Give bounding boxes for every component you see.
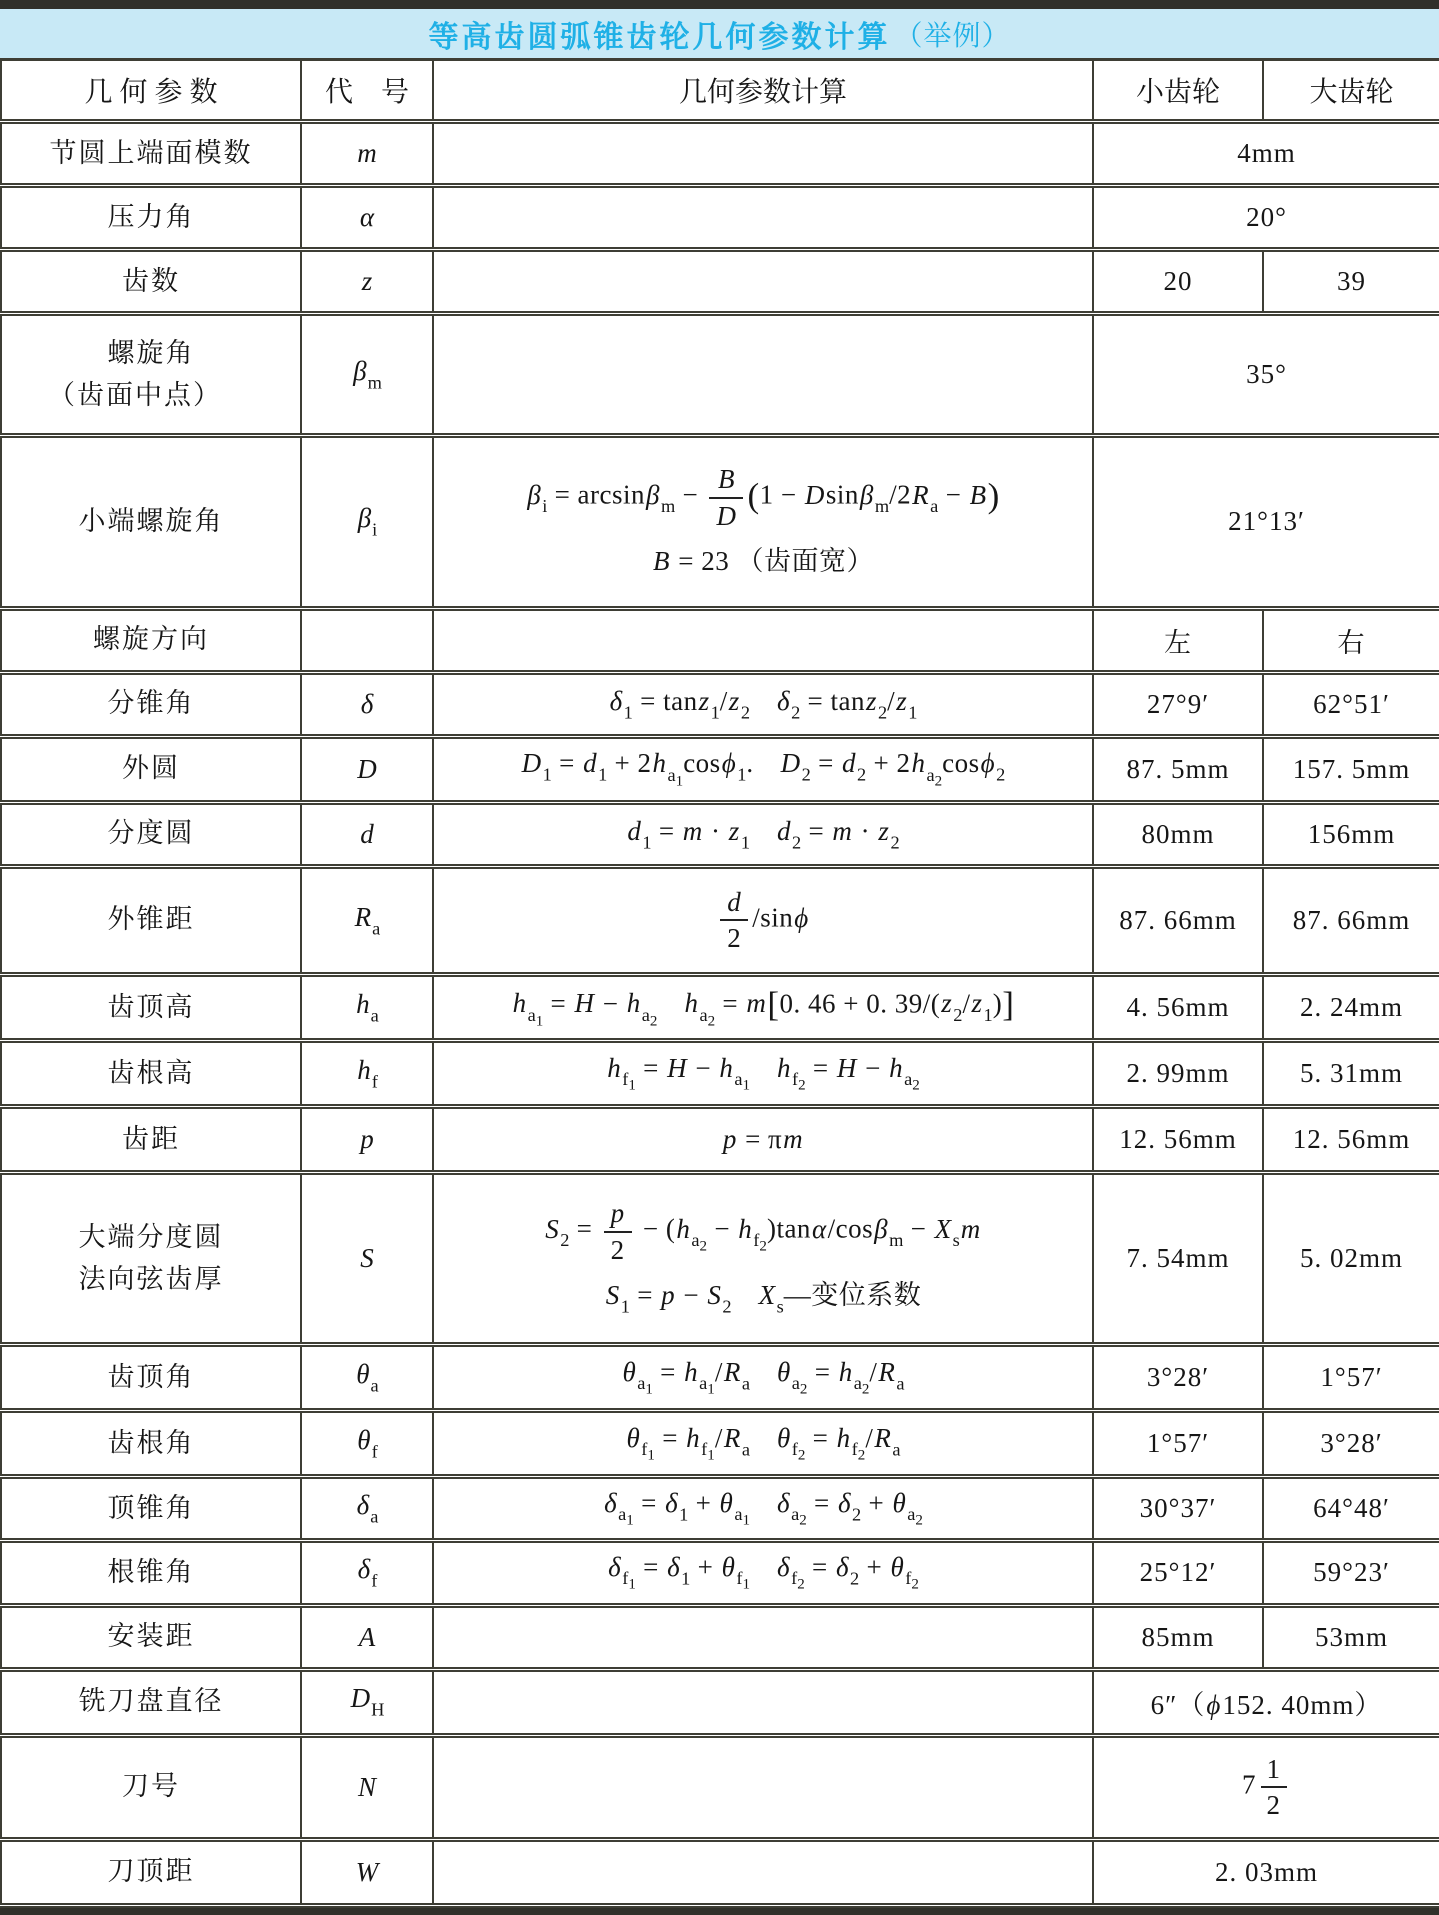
value-large-cell: 87. 66mm	[1263, 866, 1439, 974]
symbol-cell: θf	[301, 1411, 433, 1477]
param-cell: 刀顶距	[1, 1839, 301, 1905]
table-row: 齿根高 hf hf1 = H − ha1hf2 = H − ha2 2. 99m…	[1, 1040, 1439, 1106]
param-cell: 刀号	[1, 1735, 301, 1839]
value-large-cell: 12. 56mm	[1263, 1107, 1439, 1173]
formula-cell: δ1 = tanz1/z2δ2 = tanz2/z1	[433, 672, 1093, 736]
formula-line-2: B = 23 （齿面宽）	[438, 537, 1088, 585]
table-row: 小端螺旋角 βi βi = arcsinβm − BD(1 − Dsinβm/2…	[1, 436, 1439, 608]
value-large-cell: 156mm	[1263, 802, 1439, 866]
symbol-cell: α	[301, 186, 433, 250]
formula-cell: θa1 = ha1/Raθa2 = ha2/Ra	[433, 1345, 1093, 1411]
formula-cell	[433, 250, 1093, 314]
symbol-cell: D	[301, 736, 433, 802]
symbol-cell: hf	[301, 1040, 433, 1106]
header-formula: 几何参数计算	[433, 60, 1093, 122]
value-large-cell: 157. 5mm	[1263, 736, 1439, 802]
value-small-cell: 3°28′	[1093, 1345, 1263, 1411]
param-cell: 大端分度圆法向弦齿厚	[1, 1173, 301, 1345]
value-cell: 712	[1093, 1735, 1439, 1839]
table-row: 压力角 α 20°	[1, 186, 1439, 250]
value-cell: 21°13′	[1093, 436, 1439, 608]
table-row: 齿顶角 θa θa1 = ha1/Raθa2 = ha2/Ra 3°28′ 1°…	[1, 1345, 1439, 1411]
table-row: 螺旋角（齿面中点） βm 35°	[1, 314, 1439, 436]
param-cell: 顶锥角	[1, 1477, 301, 1541]
symbol-cell: N	[301, 1735, 433, 1839]
value-cell: 20°	[1093, 186, 1439, 250]
symbol-cell: βm	[301, 314, 433, 436]
param-cell: 齿顶高	[1, 974, 301, 1040]
value-large-cell: 53mm	[1263, 1605, 1439, 1669]
value-large-cell: 2. 24mm	[1263, 974, 1439, 1040]
param-cell: 压力角	[1, 186, 301, 250]
param-cell: 齿根角	[1, 1411, 301, 1477]
formula-cell: p = πm	[433, 1107, 1093, 1173]
value-large-cell: 1°57′	[1263, 1345, 1439, 1411]
symbol-cell: δa	[301, 1477, 433, 1541]
table-row: 刀号 N 712	[1, 1735, 1439, 1839]
value-small-cell: 25°12′	[1093, 1541, 1263, 1605]
table-row: 齿距 p p = πm 12. 56mm 12. 56mm	[1, 1107, 1439, 1173]
param-cell: 根锥角	[1, 1541, 301, 1605]
value-large-cell: 5. 02mm	[1263, 1173, 1439, 1345]
value-small-cell: 4. 56mm	[1093, 974, 1263, 1040]
table-row: 齿顶高 ha ha1 = H − ha2ha2 = m[0. 46 + 0. 3…	[1, 974, 1439, 1040]
value-large-cell: 右	[1263, 608, 1439, 672]
table-row: 安装距 A 85mm 53mm	[1, 1605, 1439, 1669]
header-small-gear: 小齿轮	[1093, 60, 1263, 122]
value-small-cell: 87. 66mm	[1093, 866, 1263, 974]
value-small-cell: 30°37′	[1093, 1477, 1263, 1541]
table-row: 节圆上端面模数 m 4mm	[1, 122, 1439, 186]
value-cell: 35°	[1093, 314, 1439, 436]
value-cell: 4mm	[1093, 122, 1439, 186]
formula-cell: S2 = p2 − (ha2 − hf2)tanα/cosβm − Xsm S1…	[433, 1173, 1093, 1345]
value-small-cell: 12. 56mm	[1093, 1107, 1263, 1173]
symbol-cell: A	[301, 1605, 433, 1669]
formula-cell	[433, 1839, 1093, 1905]
formula-cell: δa1 = δ1 + θa1δa2 = δ2 + θa2	[433, 1477, 1093, 1541]
value-large-cell: 5. 31mm	[1263, 1040, 1439, 1106]
param-cell: 齿根高	[1, 1040, 301, 1106]
value-small-cell: 7. 54mm	[1093, 1173, 1263, 1345]
table-row: 铣刀盘直径 DH 6″（ϕ152. 40mm）	[1, 1669, 1439, 1735]
symbol-cell: d	[301, 802, 433, 866]
symbol-cell: DH	[301, 1669, 433, 1735]
table-row: 根锥角 δf δf1 = δ1 + θf1δf2 = δ2 + θf2 25°1…	[1, 1541, 1439, 1605]
value-small-cell: 左	[1093, 608, 1263, 672]
param-cell: 齿距	[1, 1107, 301, 1173]
formula-cell: θf1 = hf1/Raθf2 = hf2/Ra	[433, 1411, 1093, 1477]
param-cell: 齿顶角	[1, 1345, 301, 1411]
header-param: 几 何 参 数	[1, 60, 301, 122]
formula-cell: d1 = m · z1d2 = m · z2	[433, 802, 1093, 866]
param-cell: 外锥距	[1, 866, 301, 974]
table-row: 分度圆 d d1 = m · z1d2 = m · z2 80mm 156mm	[1, 802, 1439, 866]
scanned-table-page: 等高齿圆弧锥齿轮几何参数计算（举例） 几 何 参 数 代 号 几何参数计算 小齿…	[0, 0, 1439, 1915]
table-row: 顶锥角 δa δa1 = δ1 + θa1δa2 = δ2 + θa2 30°3…	[1, 1477, 1439, 1541]
value-large-cell: 3°28′	[1263, 1411, 1439, 1477]
header-symbol: 代 号	[301, 60, 433, 122]
value-large-cell: 59°23′	[1263, 1541, 1439, 1605]
symbol-cell: ha	[301, 974, 433, 1040]
scan-bottom-edge	[0, 1908, 1439, 1915]
symbol-cell	[301, 608, 433, 672]
table-row: 外圆 D D1 = d1 + 2ha1cosϕ1.D2 = d2 + 2ha2c…	[1, 736, 1439, 802]
table-row: 齿根角 θf θf1 = hf1/Raθf2 = hf2/Ra 1°57′ 3°…	[1, 1411, 1439, 1477]
formula-cell: hf1 = H − ha1hf2 = H − ha2	[433, 1040, 1093, 1106]
formula-cell: d2/sinϕ	[433, 866, 1093, 974]
param-cell: 螺旋方向	[1, 608, 301, 672]
symbol-cell: βi	[301, 436, 433, 608]
value-cell: 2. 03mm	[1093, 1839, 1439, 1905]
title-band: 等高齿圆弧锥齿轮几何参数计算（举例）	[0, 9, 1439, 58]
param-cell: 分度圆	[1, 802, 301, 866]
symbol-cell: z	[301, 250, 433, 314]
symbol-cell: W	[301, 1839, 433, 1905]
symbol-cell: Ra	[301, 866, 433, 974]
param-cell: 小端螺旋角	[1, 436, 301, 608]
symbol-cell: m	[301, 122, 433, 186]
header-large-gear: 大齿轮	[1263, 60, 1439, 122]
table-row: 螺旋方向 左 右	[1, 608, 1439, 672]
value-small-cell: 1°57′	[1093, 1411, 1263, 1477]
scan-top-edge	[0, 0, 1439, 9]
formula-cell	[433, 1735, 1093, 1839]
param-cell: 节圆上端面模数	[1, 122, 301, 186]
table-row: 分锥角 δ δ1 = tanz1/z2δ2 = tanz2/z1 27°9′ 6…	[1, 672, 1439, 736]
formula-cell: ha1 = H − ha2ha2 = m[0. 46 + 0. 39/(z2/z…	[433, 974, 1093, 1040]
value-small-cell: 27°9′	[1093, 672, 1263, 736]
symbol-cell: δ	[301, 672, 433, 736]
value-cell: 6″（ϕ152. 40mm）	[1093, 1669, 1439, 1735]
value-large-cell: 62°51′	[1263, 672, 1439, 736]
table-row: 大端分度圆法向弦齿厚 S S2 = p2 − (ha2 − hf2)tanα/c…	[1, 1173, 1439, 1345]
header-row: 几 何 参 数 代 号 几何参数计算 小齿轮 大齿轮	[1, 60, 1439, 122]
formula-cell	[433, 1669, 1093, 1735]
value-small-cell: 80mm	[1093, 802, 1263, 866]
value-small-cell: 2. 99mm	[1093, 1040, 1263, 1106]
param-cell: 分锥角	[1, 672, 301, 736]
formula-cell	[433, 186, 1093, 250]
table-row: 刀顶距 W 2. 03mm	[1, 1839, 1439, 1905]
param-cell: 外圆	[1, 736, 301, 802]
param-cell: 齿数	[1, 250, 301, 314]
symbol-cell: δf	[301, 1541, 433, 1605]
gear-parameters-table: 几 何 参 数 代 号 几何参数计算 小齿轮 大齿轮 节圆上端面模数 m 4mm…	[0, 58, 1439, 1908]
title-suffix: （举例）	[894, 14, 1010, 54]
table-row: 齿数 z 20 39	[1, 250, 1439, 314]
param-cell: 铣刀盘直径	[1, 1669, 301, 1735]
formula-line-1: S2 = p2 − (ha2 − hf2)tanα/cosβm − Xsm	[438, 1192, 1088, 1271]
formula-cell	[433, 1605, 1093, 1669]
formula-cell: βi = arcsinβm − BD(1 − Dsinβm/2Ra − B) B…	[433, 436, 1093, 608]
table-row: 外锥距 Ra d2/sinϕ 87. 66mm 87. 66mm	[1, 866, 1439, 974]
symbol-cell: p	[301, 1107, 433, 1173]
formula-line-1: βi = arcsinβm − BD(1 − Dsinβm/2Ra − B)	[438, 458, 1088, 537]
page-title: 等高齿圆弧锥齿轮几何参数计算	[428, 12, 890, 56]
value-large-cell: 39	[1263, 250, 1439, 314]
symbol-cell: θa	[301, 1345, 433, 1411]
formula-cell: D1 = d1 + 2ha1cosϕ1.D2 = d2 + 2ha2cosϕ2	[433, 736, 1093, 802]
value-large-cell: 64°48′	[1263, 1477, 1439, 1541]
formula-cell	[433, 122, 1093, 186]
value-small-cell: 87. 5mm	[1093, 736, 1263, 802]
value-small-cell: 85mm	[1093, 1605, 1263, 1669]
formula-cell	[433, 608, 1093, 672]
formula-cell	[433, 314, 1093, 436]
param-cell: 螺旋角（齿面中点）	[1, 314, 301, 436]
value-small-cell: 20	[1093, 250, 1263, 314]
formula-line-2: S1 = p − S2Xs—变位系数	[438, 1271, 1088, 1325]
formula-cell: δf1 = δ1 + θf1δf2 = δ2 + θf2	[433, 1541, 1093, 1605]
param-cell: 安装距	[1, 1605, 301, 1669]
symbol-cell: S	[301, 1173, 433, 1345]
